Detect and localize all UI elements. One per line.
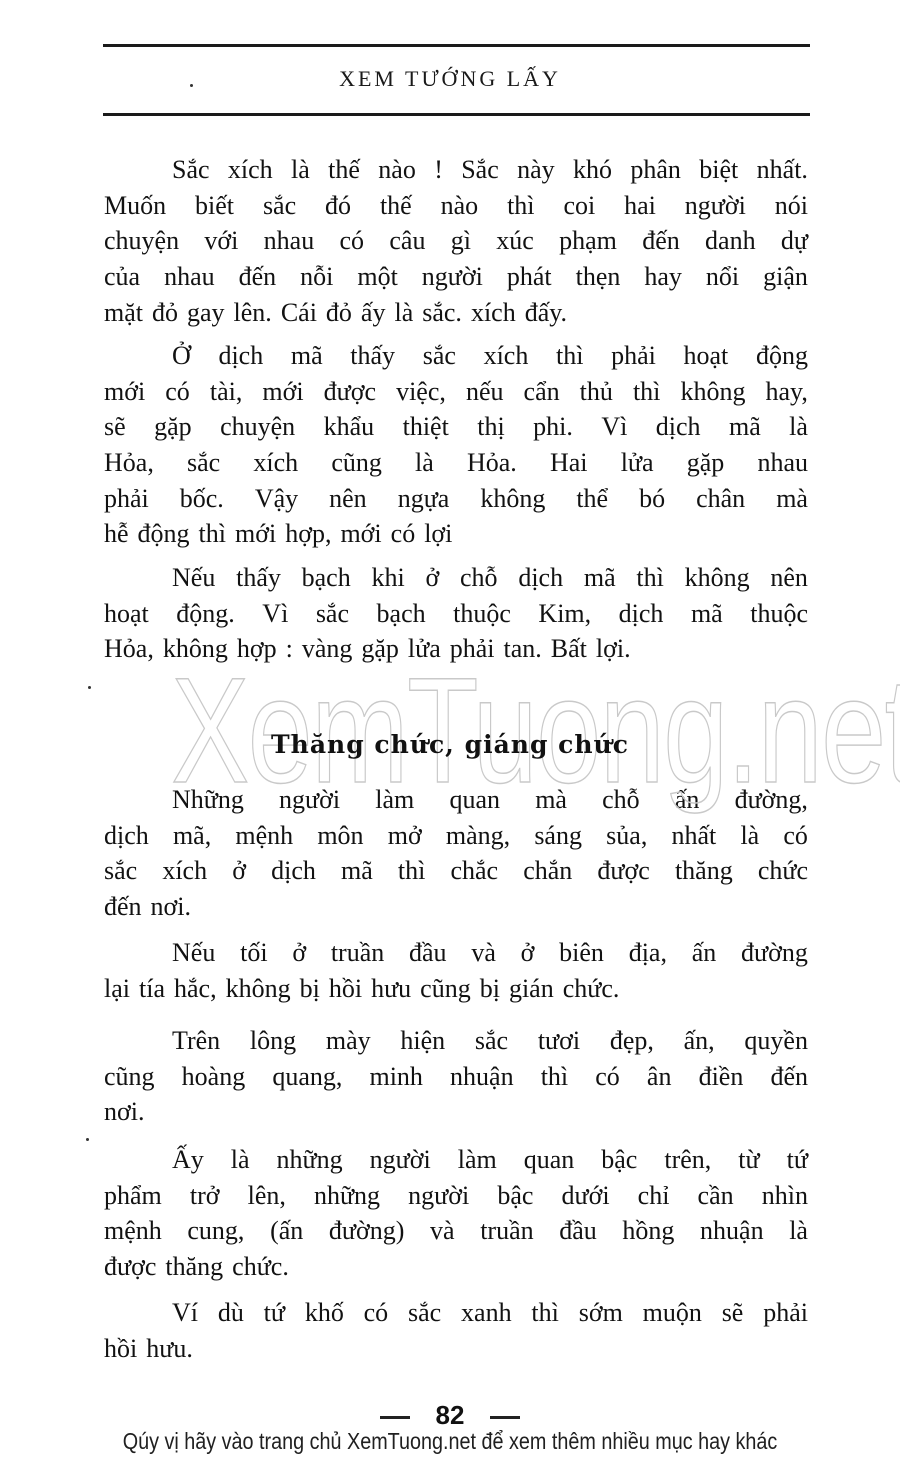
text-line: sẽgặpchuyệnkhẩuthiệtthịphi.Vìdịchmãlà: [104, 409, 808, 445]
text-line: Ởdịchmãthấysắcxíchthìphảihoạtđộng: [104, 338, 808, 374]
text-line: phẩmtrởlên,nhữngngườibậcdướichỉcầnnhìn: [104, 1178, 808, 1214]
print-speck: [86, 1138, 89, 1141]
page-number-value: 82: [436, 1400, 465, 1430]
text-line: Sắcxíchlàthếnào!Sắcnàykhóphânbiệtnhất.: [104, 152, 808, 188]
text-line: mặtđỏgaylên.Cáiđỏấylàsắc.xíchđấy.: [104, 295, 808, 331]
text-line: hễđộngthìmớihợp,mớicólợi: [104, 516, 808, 552]
text-line: chuyệnvớinhaucócâugìxúcphạmđếndanhdự: [104, 223, 808, 259]
text-line: Vídùtứkhốcósắcxanhthìsớmmuộnsẽphải: [104, 1295, 808, 1331]
text-line: đếnnơi.: [104, 889, 808, 925]
section-heading: Thăng chức, giáng chức: [0, 730, 900, 759]
paragraph-quan-bac-tren: Ấylànhữngngườilàmquanbậctrên,từtứphẩmtrở…: [104, 1142, 808, 1285]
text-line: phảibốc.Vậynênngựakhôngthểbóchânmà: [104, 481, 808, 517]
text-line: Muốnbiếtsắcđóthếnàothìcoihaingườinói: [104, 188, 808, 224]
paragraph-giang-chuc: Nếutốiởtruầnđầuvàởbiênđịa,ấnđườnglạitíah…: [104, 935, 808, 1006]
text-line: Ấylànhữngngườilàmquanbậctrên,từtứ: [104, 1142, 808, 1178]
text-line: dịchmã,mệnhmônmởmàng,sángsủa,nhấtlàcó: [104, 818, 808, 854]
text-line: cũnghoàngquang,minhnhuậnthìcóânđiềnđến: [104, 1059, 808, 1095]
paragraph-tu-kho: Vídùtứkhốcósắcxanhthìsớmmuộnsẽphảihồihưu…: [104, 1295, 808, 1366]
footer-banner-link[interactable]: Qúy vị hãy vào trang chủ XemTuong.net để…: [63, 1428, 837, 1455]
print-speck: [88, 686, 91, 689]
text-line: đượcthăngchức.: [104, 1249, 808, 1285]
text-line: củanhauđếnnỗimộtngườiphátthẹnhaynổigiận: [104, 259, 808, 295]
page-number: 82: [0, 1400, 900, 1431]
page-number-dash-left: [380, 1416, 410, 1419]
text-line: Nếuthấybạchkhiởchỗdịchmãthìkhôngnên: [104, 560, 808, 596]
header-top-rule: [103, 44, 810, 47]
text-line: Hỏa,sắcxíchcũnglàHỏa.Hailửagặpnhau: [104, 445, 808, 481]
print-speck: [190, 84, 193, 87]
text-line: nơi.: [104, 1094, 808, 1130]
text-line: lạitíahắc,khôngbịhồihưucũngbịgiánchức.: [104, 971, 808, 1007]
page-number-dash-right: [490, 1416, 520, 1419]
text-line: mớicótài,mớiđượcviệc,nếucẩnthủthìkhôngha…: [104, 374, 808, 410]
paragraph-dich-ma: Ởdịchmãthấysắcxíchthìphảihoạtđộngmớicótà…: [104, 338, 808, 552]
text-line: Nếutốiởtruầnđầuvàởbiênđịa,ấnđường: [104, 935, 808, 971]
paragraph-long-may: Trênlôngmàyhiệnsắctươiđẹp,ấn,quyềncũngho…: [104, 1023, 808, 1130]
text-line: hồihưu.: [104, 1331, 808, 1367]
text-line: hoạtđộng.VìsắcbạchthuộcKim,dịchmãthuộc: [104, 596, 808, 632]
running-title: XEM TƯỚNG LẤY: [0, 66, 900, 92]
text-line: sắcxíchởdịchmãthìchắcchắnđượcthăngchức: [104, 853, 808, 889]
paragraph-sac-xich: Sắcxíchlàthếnào!Sắcnàykhóphânbiệtnhất.Mu…: [104, 152, 808, 330]
header-bottom-rule: [103, 113, 810, 116]
text-line: Trênlôngmàyhiệnsắctươiđẹp,ấn,quyền: [104, 1023, 808, 1059]
text-line: mệnhcung,(ấnđường)vàtruầnđầuhồngnhuậnlà: [104, 1213, 808, 1249]
